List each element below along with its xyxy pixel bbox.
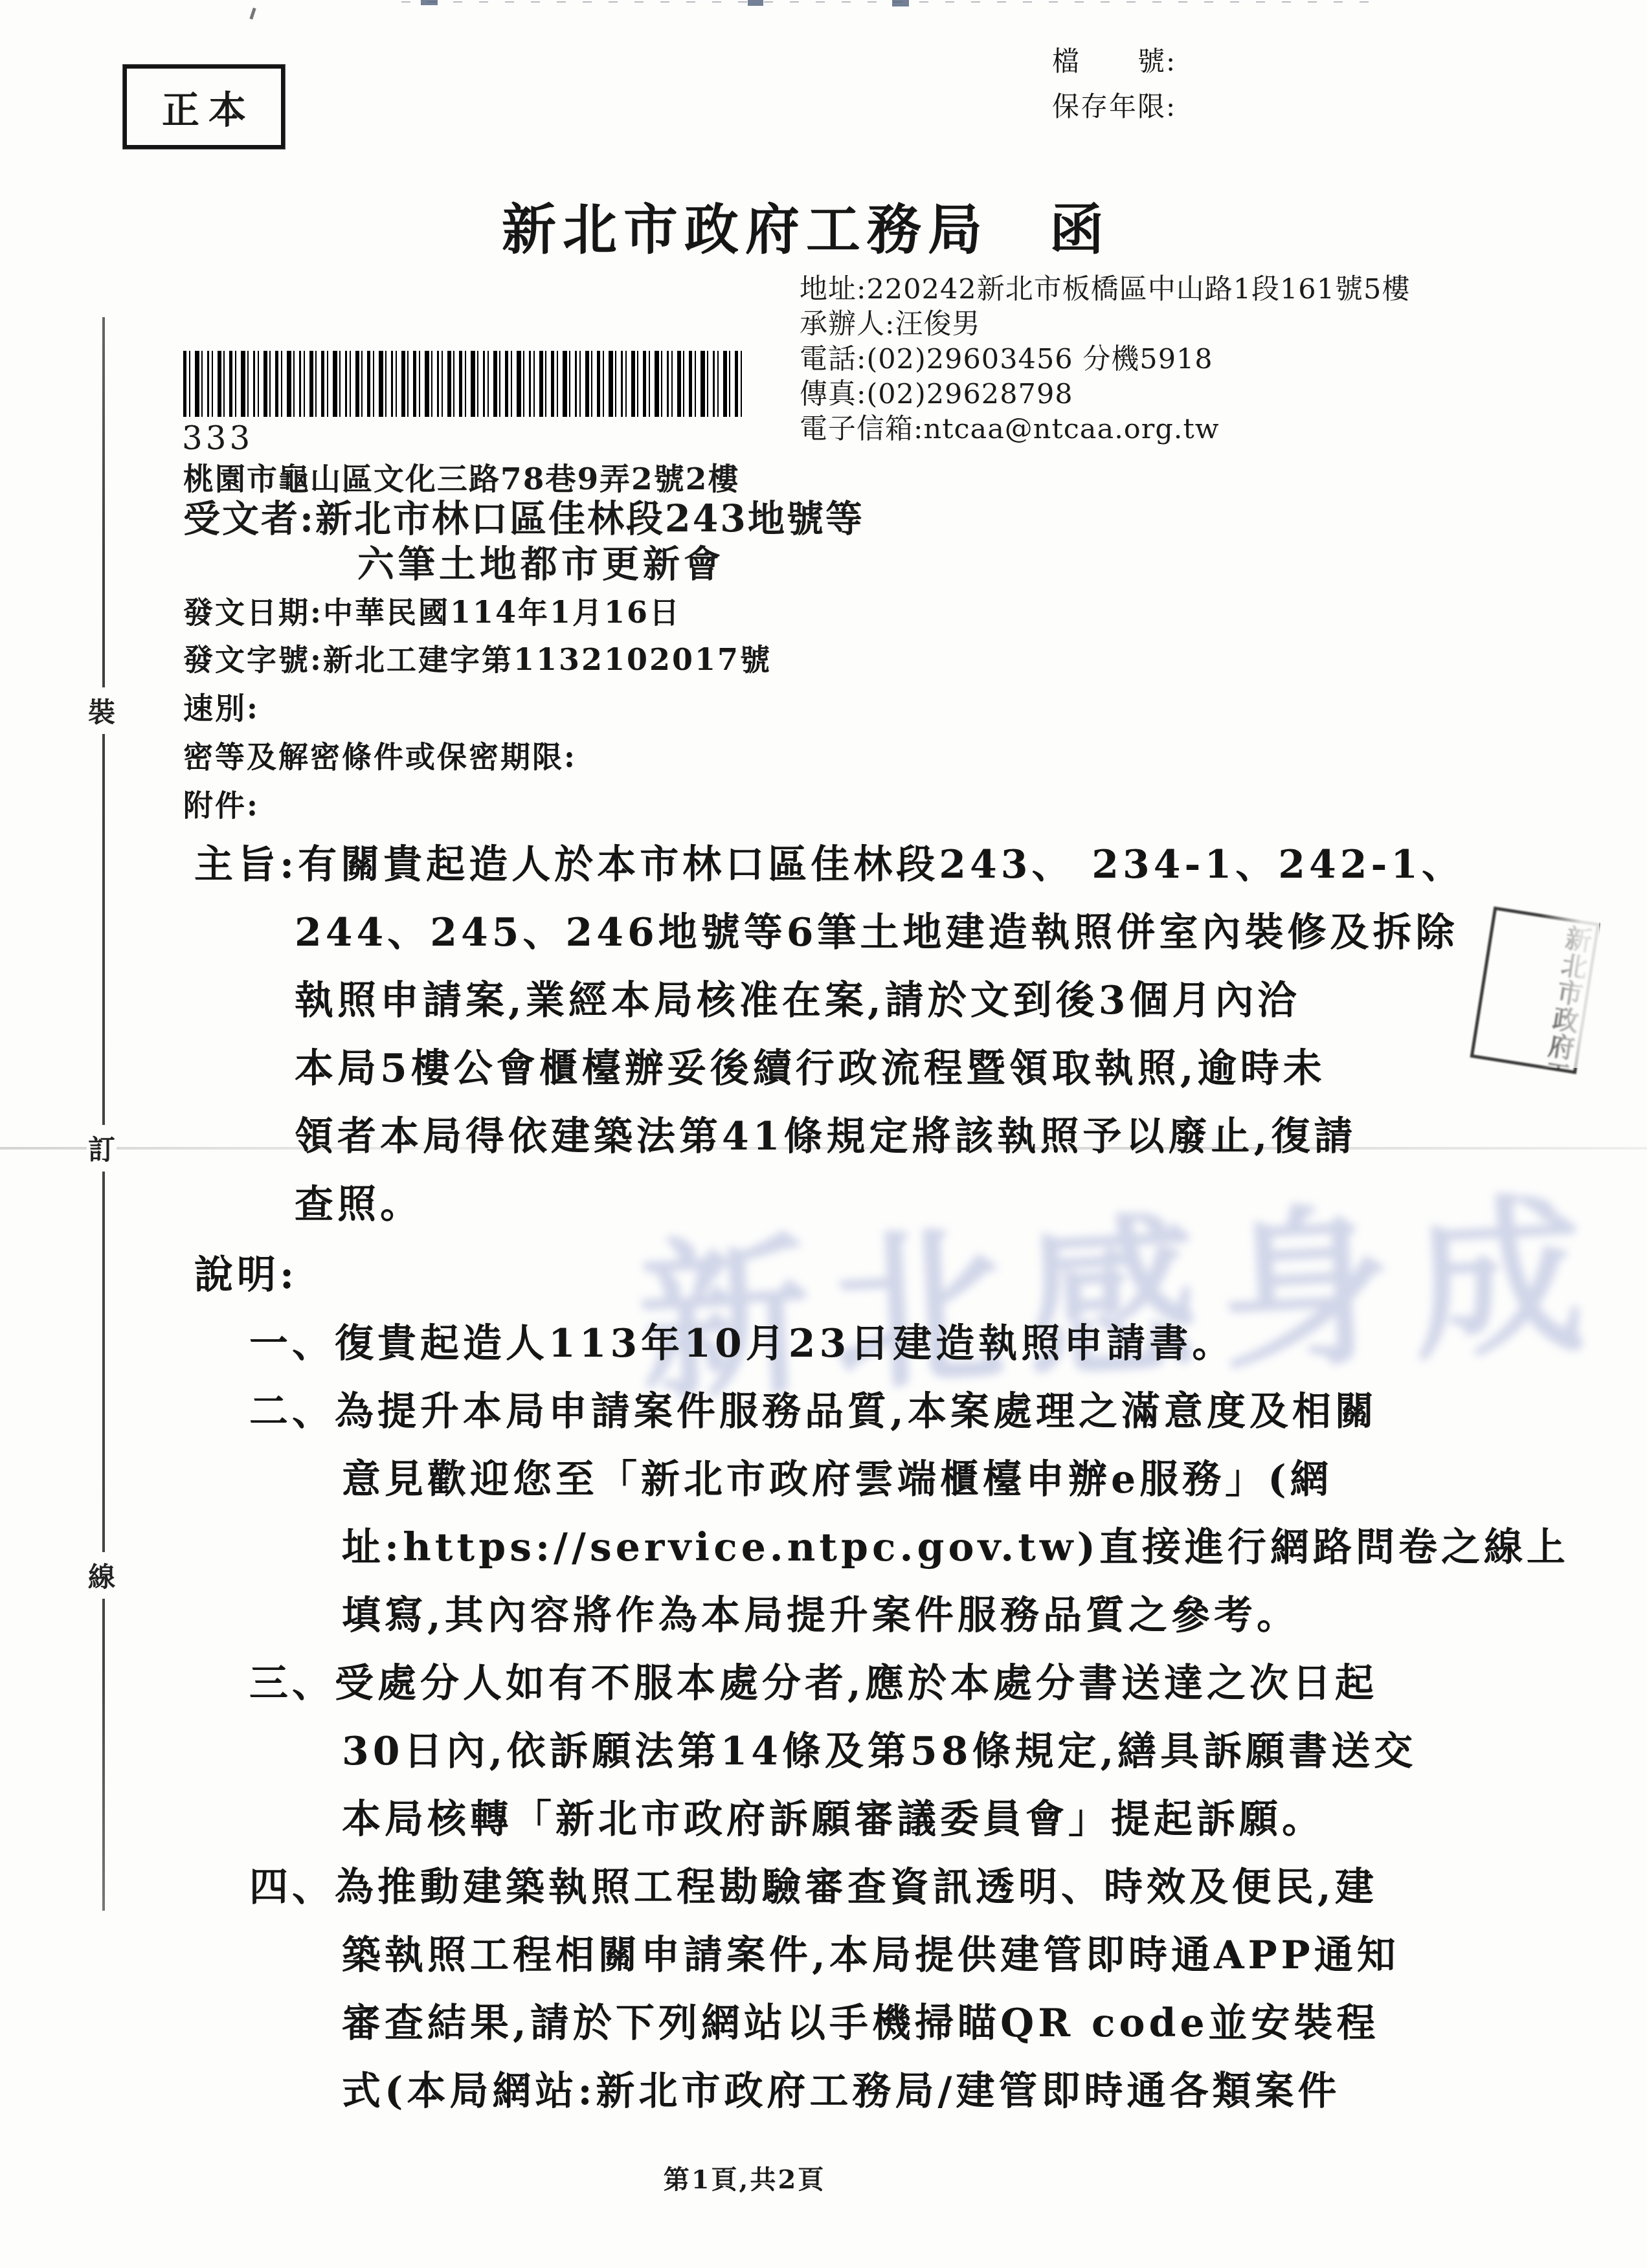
explanation-item-line: 築執照工程相關申請案件,本局提供建管即時通APP通知 [342, 1924, 1400, 1980]
subject-line: 查照。 [295, 1173, 423, 1229]
explanation-item-line: 三、受處分人如有不服本處分者,應於本處分書送達之次日起 [249, 1652, 1378, 1708]
explanation-item-line: 四、為推動建築執照工程勘驗審查資訊透明、時效及便民,建 [249, 1856, 1378, 1912]
dark-paging-seal-fade [1541, 900, 1599, 1068]
secrecy-label: 密等及解密條件或保密期限: [183, 733, 577, 776]
document-title: 新北市政府工務局 函 [502, 186, 1110, 265]
sender-email: 電子信箱:ntcaa@ntcaa.org.tw [800, 412, 1410, 447]
explanation-item-line: 30日內,依訴願法第14條及第58條規定,繕具訴願書送交 [342, 1720, 1417, 1776]
scan-artifact [892, 0, 909, 6]
sender-fax: 傳真:(02)29628798 [800, 377, 1410, 412]
explanation-item-line: 填寫,其內容將作為本局提升案件服務品質之參考。 [342, 1584, 1299, 1640]
scanned-document-page: 檔 號: 保存年限: 正本 新北市政府工務局 函 地址:220242新北市板橋區… [0, 0, 1647, 2268]
barcode-number: 333 [182, 419, 253, 457]
sender-phone: 電話:(02)29603456 分機5918 [800, 342, 1410, 377]
retention-period-label: 保存年限: [1052, 85, 1176, 124]
original-copy-label: 正本 [153, 80, 255, 134]
recipient-line-2: 六筆土地都市更新會 [357, 535, 724, 588]
file-number-label: 檔 號: [1052, 40, 1176, 79]
scan-artifact [421, 0, 438, 5]
page-indicator: 第1頁,共2頁 [0, 2159, 1489, 2196]
binding-mark-ding: 訂 [87, 1125, 117, 1172]
subject-line: 244、245、246地號等6筆土地建造執照併室內裝修及拆除 [295, 902, 1458, 957]
explanation-item-line: 審查結果,請於下列網站以手機掃瞄QR code並安裝程 [342, 1992, 1380, 2048]
subject-line: 主旨:有關貴起造人於本市林口區佳林段243、 234-1、242-1、 [194, 834, 1464, 889]
explanation-item-line: 意見歡迎您至「新北市政府雲端櫃檯申辦e服務」(網 [342, 1449, 1333, 1504]
subject-line: 領者本局得依建築法第41條規定將該執照予以廢止,復請 [295, 1106, 1356, 1161]
subject-line: 執照申請案,業經本局核准在案,請於文到後3個月內洽 [295, 970, 1301, 1025]
scan-artifact-dotline [401, 1, 1372, 3]
sender-address: 地址:220242新北市板橋區中山路1段161號5樓 [800, 272, 1410, 307]
explanation-item-line: 址:https://service.ntpc.gov.tw)直接進行網路問卷之線… [342, 1517, 1569, 1572]
explanation-item-line: 式(本局網站:新北市政府工務局/建管即時通各類案件 [342, 2060, 1340, 2116]
document-number: 發文字號:新北工建字第1132102017號 [183, 636, 772, 679]
attachment-label: 附件: [183, 782, 260, 825]
binding-margin-line [102, 317, 105, 1911]
explanation-item-line: 本局核轉「新北市政府訴願審議委員會」提起訴願。 [342, 1788, 1325, 1844]
scan-artifact-tick [249, 8, 256, 20]
binding-mark-xian: 線 [87, 1552, 117, 1599]
original-copy-box: 正本 [123, 65, 285, 149]
subject-line: 本局5樓公會櫃檯辦妥後續行政流程暨領取執照,逾時未 [295, 1038, 1326, 1093]
speed-class-label: 速別: [183, 685, 260, 728]
barcode [183, 351, 744, 417]
explanation-item-line: 二、為提升本局申請案件服務品質,本案處理之滿意度及相關 [249, 1381, 1378, 1436]
sender-info-block: 地址:220242新北市板橋區中山路1段161號5樓 承辦人:汪俊男 電話:(0… [800, 272, 1410, 447]
sender-contact-person: 承辦人:汪俊男 [800, 307, 1410, 342]
explanation-item-line: 一、復貴起造人113年10月23日建造執照申請書。 [249, 1313, 1235, 1368]
binding-mark-zhuang: 裝 [87, 687, 117, 734]
issue-date: 發文日期:中華民國114年1月16日 [183, 589, 681, 632]
scan-artifact [748, 0, 763, 6]
explanation-header: 說明: [194, 1244, 298, 1300]
